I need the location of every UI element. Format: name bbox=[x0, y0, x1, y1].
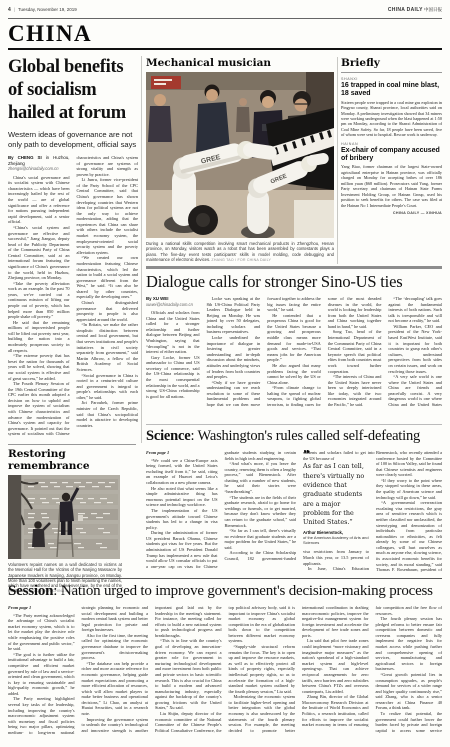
briefly-credit: CHINA DAILY — XINHUA bbox=[341, 211, 442, 215]
remembrance-title: Restoring remembrance bbox=[8, 448, 136, 472]
paragraph: “The database can help provide a richer … bbox=[82, 661, 149, 717]
paragraph: “Supply-side structural reform remains t… bbox=[229, 644, 296, 694]
paragraph: China's social governance and its social… bbox=[8, 175, 70, 225]
paragraph: “And what's more, if you leave the count… bbox=[225, 461, 297, 494]
remembrance-photo bbox=[8, 475, 120, 559]
pull-quote-text: As far as I can tell, there's virtually … bbox=[303, 462, 369, 527]
lead-byline-name: By CHENG SI bbox=[8, 155, 42, 160]
paragraph: “The interests of China and the United S… bbox=[328, 374, 382, 407]
paragraph: visa restrictions from January to March … bbox=[303, 549, 369, 566]
briefly-column: Briefly SHANXI 16 trapped in coal mine b… bbox=[341, 57, 442, 264]
lead-article: Global benefits of socialism hailed at f… bbox=[8, 56, 138, 438]
quote-mark-icon: ❝ bbox=[303, 450, 369, 460]
white-table bbox=[294, 200, 334, 238]
science-rule bbox=[146, 424, 442, 425]
briefly-title: Briefly bbox=[341, 57, 442, 73]
paragraph: Liu said that pilot free trade zones cou… bbox=[302, 638, 369, 694]
paragraph: “We created our own modernization featur… bbox=[77, 255, 139, 300]
paragraph: Officials and scholars from China and th… bbox=[146, 310, 200, 355]
paragraph: “Take the poverty alleviation work as an… bbox=[8, 281, 70, 320]
paragraph: In June, China's Education Ministry issu… bbox=[303, 566, 369, 572]
briefly-kicker: SHANXI bbox=[341, 77, 442, 81]
paragraph: “Social governance in China is rooted in… bbox=[77, 373, 139, 401]
paragraph: William Parker, CEO and president of the… bbox=[388, 324, 442, 374]
paragraph: The fourth plenary session has pledged r… bbox=[376, 616, 443, 672]
dialogue-headline: Dialogue calls for stronger Sino-US ties bbox=[146, 272, 442, 292]
paragraph: Li Junru, former vice-president of the P… bbox=[77, 177, 139, 255]
paragraph: “The extreme poverty that has beset the … bbox=[8, 353, 70, 381]
session-headline-rest: : Nation urged to improve government's d… bbox=[53, 583, 433, 599]
paragraph: “We could see a China-Europe axis being … bbox=[146, 458, 218, 486]
lead-deck: Western ideas of governance are not only… bbox=[8, 130, 138, 150]
paragraph: He said that the remaining millions of i… bbox=[8, 320, 70, 353]
brand-name-chinese: 中国日报 bbox=[424, 7, 442, 12]
lead-byline: By CHENG SI in Huzhou, Zhejiang bbox=[8, 155, 70, 166]
session-headline: Session: Nation urged to improve governm… bbox=[8, 583, 442, 600]
newspaper-page: 4|Tuesday, November 19, 2019 CHINA DAILY… bbox=[0, 0, 450, 747]
brand-name: CHINA DAILY bbox=[388, 7, 423, 13]
science-pull-quote-column: ❝ As far as I can tell, there's virtuall… bbox=[303, 450, 369, 572]
paragraph: “The ‘decoupling’ talk goes against the … bbox=[388, 296, 442, 324]
dialogue-article: Dialogue calls for stronger Sino-US ties… bbox=[146, 272, 442, 408]
paragraph: Also for the first time, the meeting cal… bbox=[82, 633, 149, 661]
session-article-body: From page 1 “The Party meeting acknowled… bbox=[8, 605, 442, 738]
column-divider bbox=[337, 57, 338, 264]
paragraph: “This is in line with the country's goal… bbox=[155, 638, 222, 711]
dialogue-byline-name: By XU WEI bbox=[146, 296, 168, 301]
sign-text-line bbox=[154, 83, 166, 85]
briefly-body: Sixteen people were trapped in a coal mi… bbox=[341, 100, 442, 138]
session-from-page: From page 1 bbox=[8, 605, 75, 611]
science-headline: Science: Washington's rules called self-… bbox=[146, 428, 442, 445]
remembrance-rule bbox=[8, 444, 136, 445]
science-headline-kicker: Science bbox=[146, 428, 191, 444]
session-rule bbox=[8, 578, 442, 579]
science-quote-column-text: visa restrictions from January to March … bbox=[303, 549, 369, 572]
sign-text-line bbox=[154, 79, 172, 81]
paragraph: “A governmental overreaction escalating … bbox=[376, 500, 442, 572]
science-columns-left: From page 1 “We could see a China-Europe… bbox=[146, 450, 296, 572]
science-from-page: From page 1 bbox=[146, 450, 218, 456]
brand-lockup: CHINA DAILY 中国日报 bbox=[388, 7, 442, 13]
paragraph: Bienenstock, who recently attended a con… bbox=[376, 450, 442, 478]
briefly-body: Yang Biao, former chairman of the larges… bbox=[341, 164, 442, 208]
mechanical-musician-title: Mechanical musician bbox=[146, 57, 334, 69]
paragraph: Gary Locke, former US ambassador to Chin… bbox=[146, 355, 200, 400]
science-headline-rest: : Washington's rules called self-defeati… bbox=[191, 428, 421, 444]
page-date: Tuesday, November 19, 2019 bbox=[18, 7, 77, 12]
paragraph: He also argued that many problems facing… bbox=[267, 363, 321, 385]
paragraph: He also noted that what seems like a sim… bbox=[146, 486, 218, 508]
briefly-item: HAINAN Ex-chair of company accused of br… bbox=[341, 142, 442, 208]
session-headline-kicker: Session bbox=[8, 583, 53, 599]
red-sign bbox=[151, 76, 181, 89]
remembrance-photo-story: Restoring remembrance bbox=[8, 448, 136, 595]
lead-byline-email: zhengsi@chinadaily.com.cn bbox=[8, 166, 70, 171]
dialogue-article-body: By XU WEI xuwei@chinadaily.com.cn Offici… bbox=[146, 296, 442, 408]
briefly-headline: Ex-chair of company accused of bribery bbox=[341, 147, 442, 163]
science-article: Science: Washington's rules called self-… bbox=[146, 428, 442, 572]
section-masthead: CHINA bbox=[8, 21, 92, 47]
paragraph: “The goal is to further utilize the inst… bbox=[8, 652, 75, 697]
pull-quote-attribution-org: of the American Academy of Arts and Scie… bbox=[303, 535, 369, 545]
session-article: Session: Nation urged to improve governm… bbox=[8, 583, 442, 738]
lead-headline: Global benefits of socialism hailed at f… bbox=[8, 56, 138, 124]
paragraph: “So far as I can tell, there's virtually… bbox=[225, 528, 297, 550]
header-rule bbox=[8, 18, 442, 19]
paragraph: China's distinguished governance that de… bbox=[77, 300, 139, 322]
mechanical-photo-credit: ZHANG TAO / FOR CHINA DAILY bbox=[211, 258, 271, 262]
dialogue-byline-email: xuwei@chinadaily.com.cn bbox=[146, 302, 200, 307]
briefly-kicker: HAINAN bbox=[341, 142, 442, 146]
paragraph: “The Party meeting acknowledged the adva… bbox=[8, 613, 75, 652]
science-article-body: From page 1 “We could see a China-Europe… bbox=[146, 450, 442, 572]
paragraph: He contended that a prosperous China is … bbox=[267, 313, 321, 363]
mechanical-musician-caption: During a national skills competition inv… bbox=[146, 241, 334, 265]
lead-article-body: By CHENG SI in Huzhou, Zhejiang zhengsi@… bbox=[8, 155, 138, 438]
page-number: 4 bbox=[8, 7, 11, 13]
mechanical-musician-photo-story: Mechanical musician bbox=[146, 57, 334, 265]
paragraph: The implementation of the US government'… bbox=[146, 508, 218, 530]
science-column-right: Bienenstock, who recently attended a con… bbox=[376, 450, 442, 572]
section-divider-rule bbox=[146, 266, 442, 269]
paragraph: Jiri Paroubek, former prime minister of … bbox=[77, 400, 139, 428]
paragraph: “China's social system and governance ar… bbox=[8, 225, 70, 281]
paragraph: “The students are in the fields of their… bbox=[225, 495, 297, 528]
paragraph: “If they worry to the point where they s… bbox=[376, 478, 442, 500]
separator: | bbox=[14, 7, 15, 12]
briefly-item: SHANXI 16 trapped in coal mine blast, 18… bbox=[341, 77, 442, 138]
paragraph: “Great growth potential lies in consumpt… bbox=[376, 672, 443, 711]
paragraph: Locke underlined the importance of dialo… bbox=[207, 335, 261, 380]
tree-trunk bbox=[8, 475, 21, 559]
paragraph: Song Tao, head of the International Depa… bbox=[328, 329, 382, 374]
column-divider bbox=[141, 56, 142, 443]
page-number-date: 4|Tuesday, November 19, 2019 bbox=[8, 7, 77, 13]
briefly-headline: 16 trapped in coal mine blast, 18 saved bbox=[341, 82, 442, 98]
paint-bucket bbox=[78, 515, 83, 521]
page-header: 4|Tuesday, November 19, 2019 CHINA DAILY… bbox=[8, 7, 442, 13]
mechanical-musician-photo: GREE GREE bbox=[146, 72, 334, 238]
paragraph: “In Britain, we make the rather simplist… bbox=[77, 322, 139, 372]
paragraph: Locke was speaking at the 8th US-China P… bbox=[207, 296, 261, 335]
masthead-rule bbox=[8, 48, 442, 50]
